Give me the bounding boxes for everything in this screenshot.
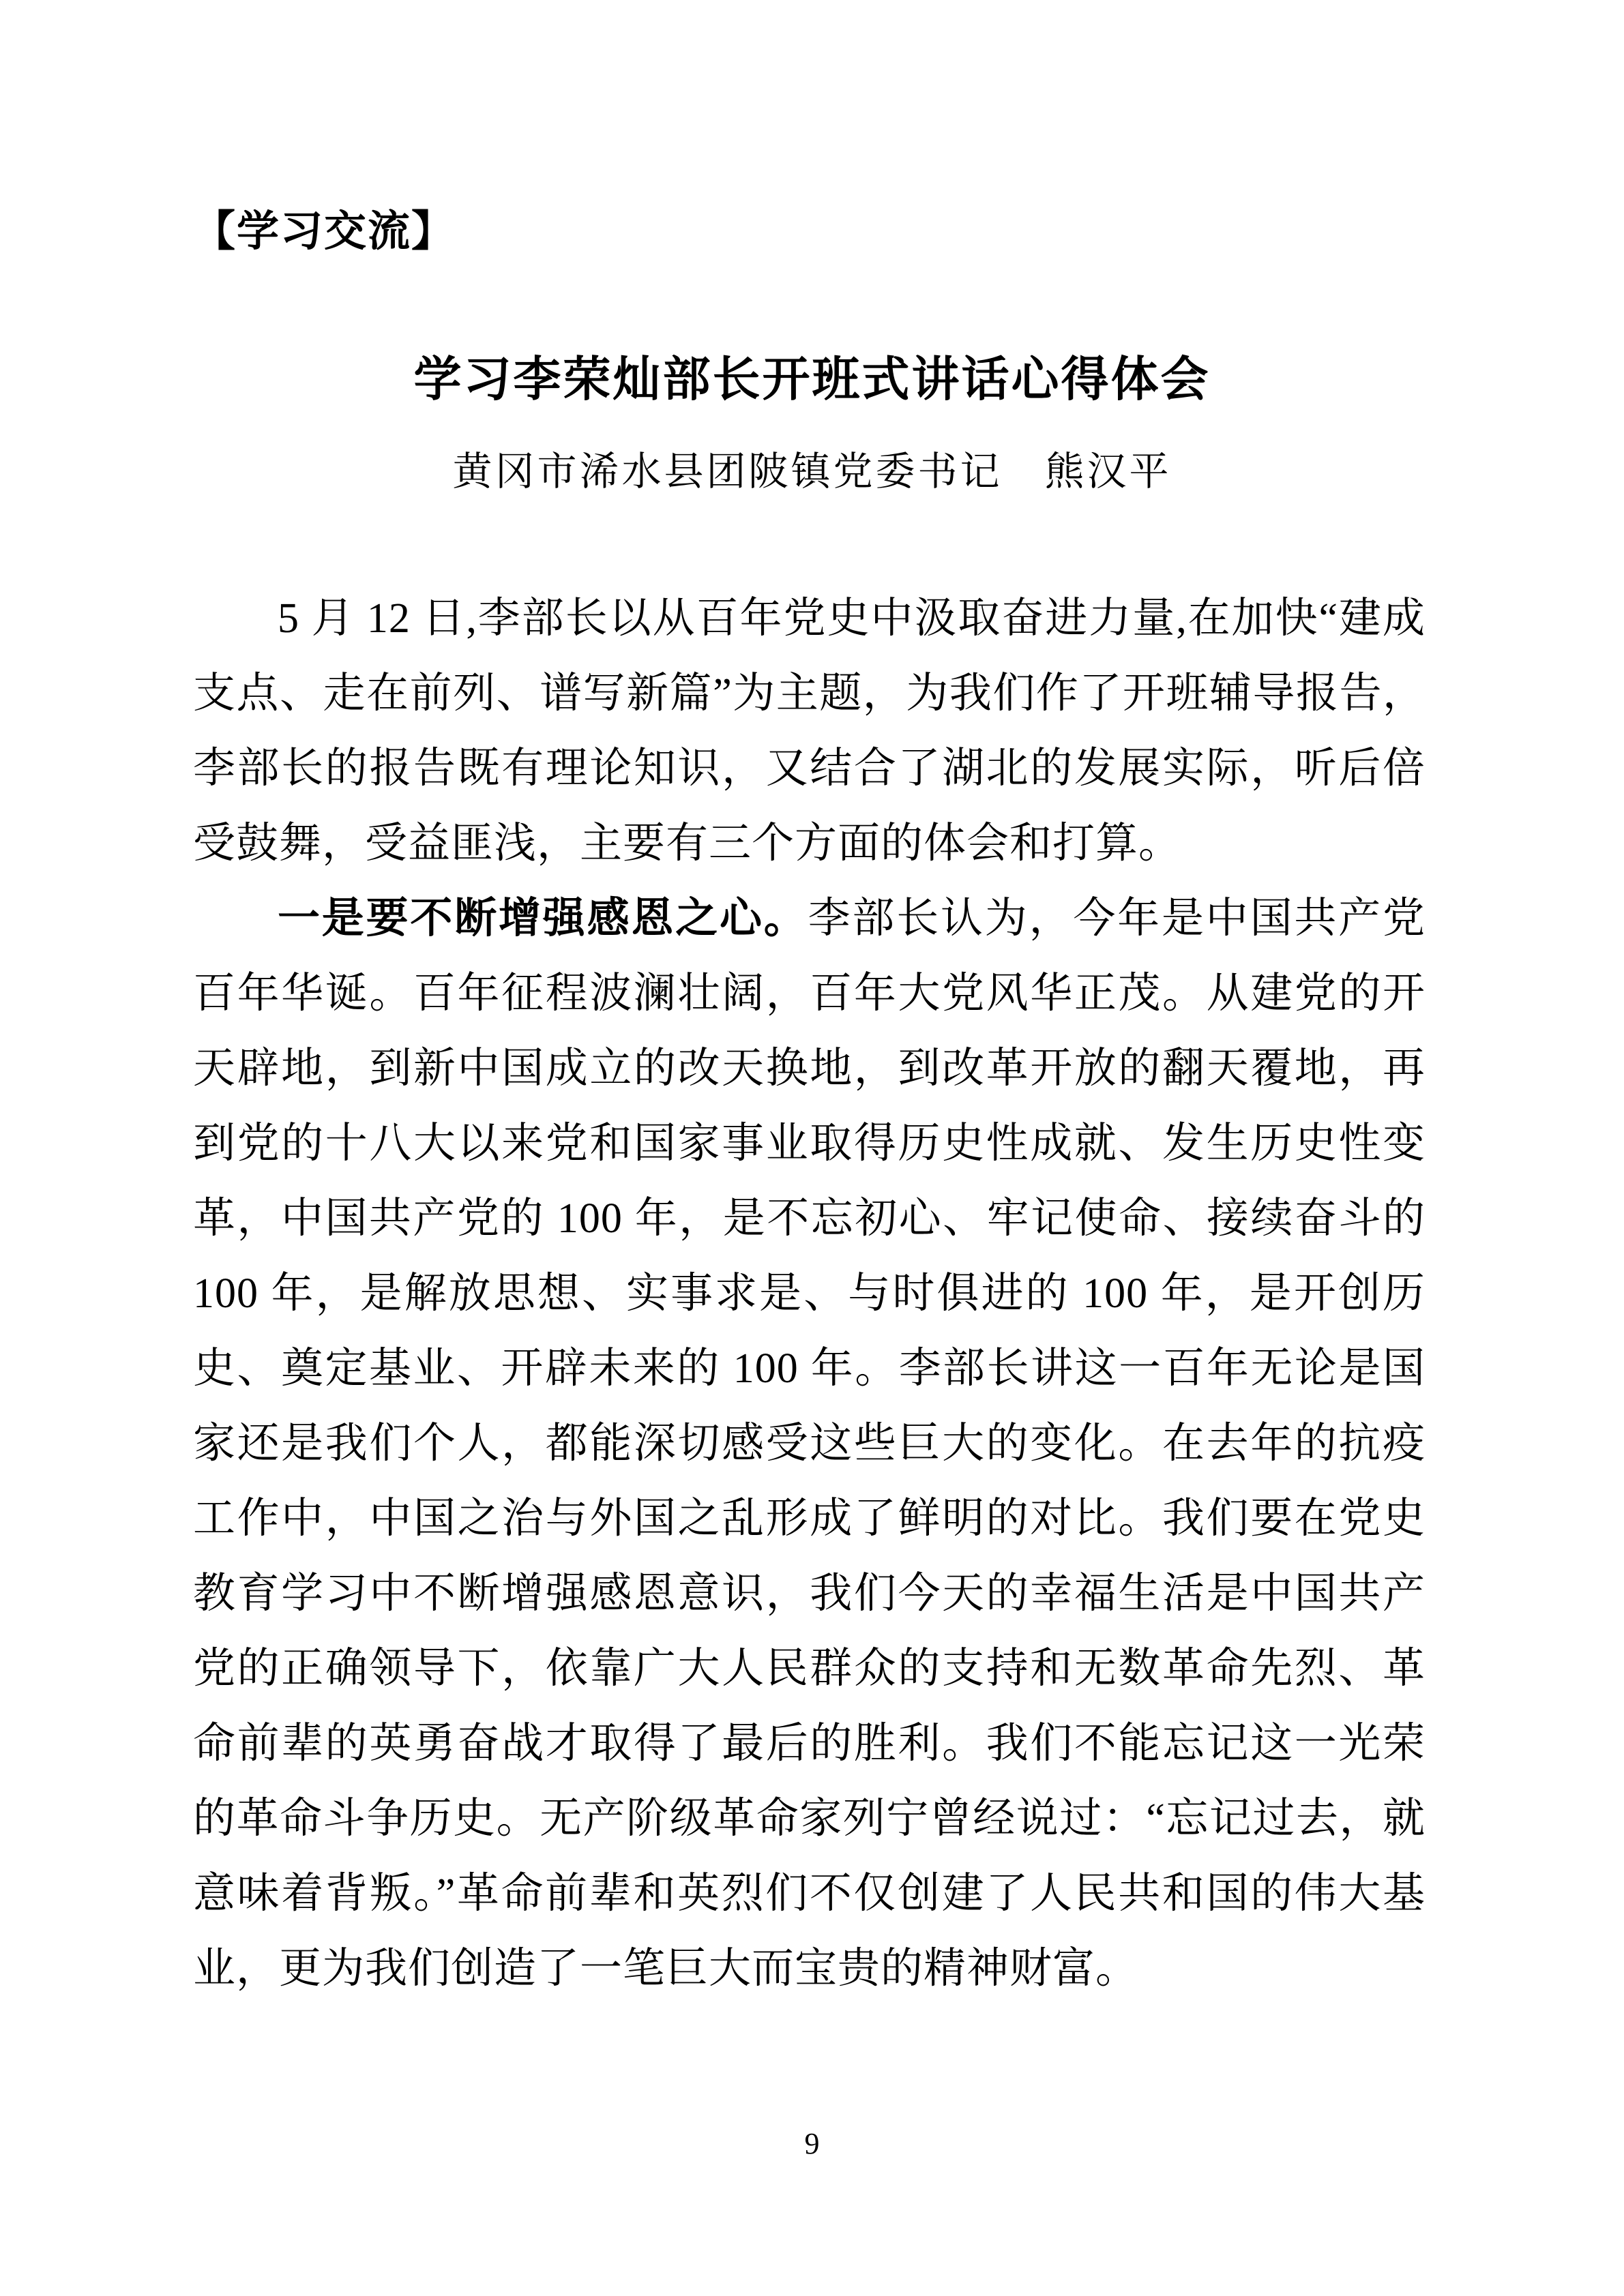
paragraph-1-text: 5 月 12 日,李部长以从百年党史中汲取奋进力量,在加快“建成支点、走在前列、… xyxy=(193,595,1426,867)
page-number: 9 xyxy=(0,2126,1624,2162)
document-page: 【学习交流】 学习李荣灿部长开班式讲话心得体会 黄冈市浠水县团陂镇党委书记 熊汉… xyxy=(0,0,1624,2296)
document-body: 5 月 12 日,李部长以从百年党史中汲取奋进力量,在加快“建成支点、走在前列、… xyxy=(193,581,1426,2006)
page-title: 学习李荣灿部长开班式讲话心得体会 xyxy=(0,349,1624,412)
section-label: 【学习交流】 xyxy=(193,205,455,259)
byline: 黄冈市浠水县团陂镇党委书记 熊汉平 xyxy=(0,445,1624,499)
paragraph-1: 5 月 12 日,李部长以从百年党史中汲取奋进力量,在加快“建成支点、走在前列、… xyxy=(193,581,1426,881)
paragraph-2: 一是要不断增强感恩之心。李部长认为，今年是中国共产党百年华诞。百年征程波澜壮阔，… xyxy=(193,881,1426,2006)
paragraph-2-text: 李部长认为，今年是中国共产党百年华诞。百年征程波澜壮阔，百年大党风华正茂。从建党… xyxy=(193,895,1426,1992)
paragraph-2-lead: 一是要不断增强感恩之心。 xyxy=(278,895,808,942)
